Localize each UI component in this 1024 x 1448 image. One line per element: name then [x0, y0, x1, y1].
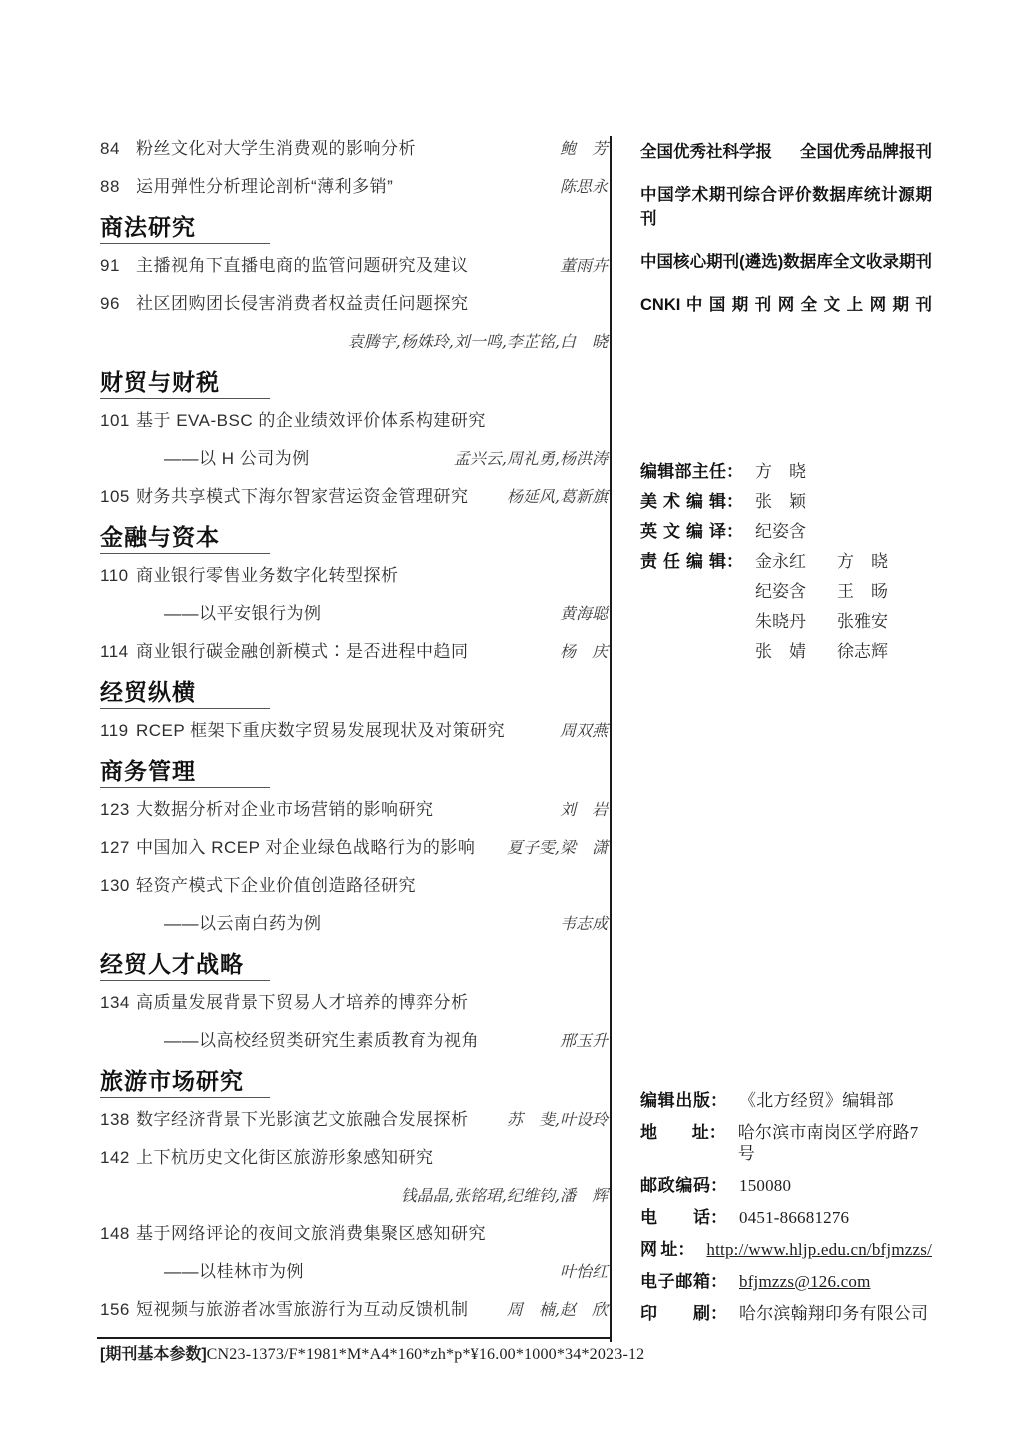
- toc-entry: 119 RCEP 框架下重庆数字贸易发展现状及对策研究 周双燕: [100, 720, 608, 742]
- article-title: 粉丝文化对大学生消费观的影响分析: [136, 138, 552, 160]
- page-number: 119: [100, 720, 136, 742]
- staff-name: 方 晓: [755, 462, 806, 482]
- section-title: 经贸人才战略: [100, 951, 608, 977]
- page-number: 110: [100, 565, 136, 587]
- toc-entry: 148 基于网络评论的夜间文旅消费集聚区感知研究: [100, 1223, 608, 1245]
- editor-name: 王 旸: [837, 582, 909, 602]
- staff-row: 朱晓丹 张雅安: [640, 612, 932, 632]
- section-header: 金融与资本: [100, 524, 608, 554]
- publication-label: 印刷: [640, 1303, 710, 1324]
- page-number: 88: [100, 176, 136, 198]
- editor-name: 金永红: [755, 552, 827, 572]
- publication-label: 网址: [640, 1239, 677, 1260]
- toc-entry: 91 主播视角下直播电商的监管问题研究及建议 董雨卉: [100, 255, 608, 277]
- article-authors: 董雨卉: [560, 255, 608, 277]
- toc-entry: 84 粉丝文化对大学生消费观的影响分析 鲍 芳: [100, 138, 608, 160]
- journal-params-value: CN23-1373/F*1981*M*A4*160*zh*p*¥16.00*10…: [207, 1346, 645, 1363]
- publication-label: 地址: [640, 1122, 709, 1143]
- staff-label: 美术编辑: [640, 492, 726, 512]
- article-subtitle: ——以高校经贸类研究生素质教育为视角: [164, 1030, 552, 1052]
- article-authors: 周双燕: [560, 720, 608, 742]
- email-link[interactable]: bfjmzzs@126.com: [739, 1271, 871, 1292]
- toc-entry: 114 商业银行碳金融创新模式∶是否进程中趋同 杨 庆: [100, 641, 608, 663]
- publication-row: 邮政编码： 150080: [640, 1175, 932, 1196]
- editor-name: 方 晓: [837, 552, 909, 572]
- article-authors: 邢玉升: [560, 1030, 608, 1052]
- section-underline: [100, 398, 270, 399]
- article-title: 财务共享模式下海尔智家营运资金管理研究: [136, 486, 499, 508]
- page-number: 91: [100, 255, 136, 277]
- toc-entry: 134 高质量发展背景下贸易人才培养的博弈分析: [100, 992, 608, 1014]
- publication-label: 电话: [640, 1207, 710, 1228]
- label-colon: ：: [710, 1271, 727, 1292]
- toc-subtitle-entry: ——以 H 公司为例 孟兴云,周礼勇,杨洪涛: [100, 448, 608, 470]
- editor-name: 徐志辉: [837, 642, 909, 662]
- toc-entry: 101 基于 EVA-BSC 的企业绩效评价体系构建研究: [100, 410, 608, 432]
- article-title: 中国加入 RCEP 对企业绿色战略行为的影响: [136, 837, 499, 859]
- section-header: 经贸人才战略: [100, 951, 608, 981]
- staff-name: 张 颖: [755, 492, 806, 512]
- article-authors: 黄海聪: [560, 603, 608, 625]
- article-authors: 孟兴云,周礼勇,杨洪涛: [454, 448, 608, 470]
- section-underline: [100, 980, 270, 981]
- accolade-line: 中国核心期刊(遴选)数据库全文收录期刊: [640, 250, 932, 274]
- staff-row: 纪姿含 王 旸: [640, 582, 932, 602]
- toc-subtitle-entry: ——以平安银行为例 黄海聪: [100, 603, 608, 625]
- publication-row: 编辑出版： 《北方经贸》编辑部: [640, 1090, 932, 1111]
- accolade-text: 全国优秀社科学报: [640, 140, 772, 164]
- page-number: 148: [100, 1223, 136, 1245]
- staff-row: 英文编译： 纪姿含: [640, 522, 932, 542]
- staff-row: 张 婧 徐志辉: [640, 642, 932, 662]
- label-colon: ：: [710, 1303, 727, 1324]
- staff-label: 编辑部主任: [640, 462, 726, 482]
- accolade-line: CNKI 中 国 期 刊 网 全 文 上 网 期 刊: [640, 293, 932, 317]
- staff-row: 美术编辑： 张 颖: [640, 492, 932, 512]
- page-number: 96: [100, 293, 136, 315]
- article-subtitle: ——以 H 公司为例: [164, 448, 446, 470]
- article-subtitle: ——以云南白药为例: [164, 913, 552, 935]
- publication-label: 电子邮箱: [640, 1271, 710, 1292]
- publisher-name: 《北方经贸》编辑部: [739, 1090, 894, 1111]
- label-colon: ：: [726, 522, 743, 542]
- article-title: 上下杭历史文化街区旅游形象感知研究: [136, 1147, 608, 1169]
- toc-subtitle-entry: ——以桂林市为例 叶怡红: [100, 1261, 608, 1283]
- info-column: 全国优秀社科学报 全国优秀品牌报刊 中国学术期刊综合评价数据库统计源期刊 中国核…: [640, 140, 932, 1380]
- editor-name: 张雅安: [837, 612, 909, 632]
- toc-subtitle-entry: ——以高校经贸类研究生素质教育为视角 邢玉升: [100, 1030, 608, 1052]
- article-authors: 刘 岩: [560, 799, 608, 821]
- article-title: RCEP 框架下重庆数字贸易发展现状及对策研究: [136, 720, 552, 742]
- section-header: 旅游市场研究: [100, 1068, 608, 1098]
- section-header: 商务管理: [100, 758, 608, 788]
- publication-label: 邮政编码: [640, 1175, 710, 1196]
- label-colon: ：: [710, 1090, 727, 1111]
- toc-authors-line: 钱晶晶,张铭珺,纪维钧,潘 辉: [100, 1185, 608, 1207]
- section-title: 商法研究: [100, 214, 608, 240]
- page-number: 138: [100, 1109, 136, 1131]
- page-number: 142: [100, 1147, 136, 1169]
- toc-entry: 138 数字经济背景下光影演艺文旅融合发展探析 苏 斐,叶设玲: [100, 1109, 608, 1131]
- label-colon: ：: [726, 462, 743, 482]
- website-link[interactable]: http://www.hljp.edu.cn/bfjmzzs/: [706, 1239, 932, 1260]
- accolade-line: 全国优秀社科学报 全国优秀品牌报刊: [640, 140, 932, 164]
- section-title: 旅游市场研究: [100, 1068, 608, 1094]
- article-authors: 袁腾宇,杨姝玲,刘一鸣,李芷铭,白 晓: [348, 331, 608, 353]
- staff-name: 纪姿含: [755, 522, 806, 542]
- article-authors: 鲍 芳: [560, 138, 608, 160]
- article-subtitle: ——以桂林市为例: [164, 1261, 552, 1283]
- section-header: 经贸纵横: [100, 679, 608, 709]
- publication-row: 地址： 哈尔滨市南岗区学府路7号: [640, 1122, 932, 1164]
- toc-entry: 123 大数据分析对企业市场营销的影响研究 刘 岩: [100, 799, 608, 821]
- journal-toc-page: 84 粉丝文化对大学生消费观的影响分析 鲍 芳 88 运用弹性分析理论剖析“薄利…: [0, 0, 1024, 1448]
- label-colon: ：: [726, 492, 743, 512]
- staff-row: 责任编辑： 金永红 方 晓: [640, 552, 932, 572]
- article-authors: 陈思永: [560, 176, 608, 198]
- section-header: 财贸与财税: [100, 369, 608, 399]
- article-title: 大数据分析对企业市场营销的影响研究: [136, 799, 552, 821]
- publication-row: 印刷： 哈尔滨翰翔印务有限公司: [640, 1303, 932, 1324]
- article-title: 运用弹性分析理论剖析“薄利多销”: [136, 176, 552, 198]
- toc-entry: 96 社区团购团长侵害消费者权益责任问题探究: [100, 293, 608, 315]
- label-colon: ：: [677, 1239, 694, 1260]
- article-authors: 杨 庆: [560, 641, 608, 663]
- editor-name: 张 婧: [755, 642, 827, 662]
- article-authors: 韦志成: [560, 913, 608, 935]
- publication-label: 编辑出版: [640, 1090, 710, 1111]
- section-title: 金融与资本: [100, 524, 608, 550]
- label-colon: ：: [710, 1175, 727, 1196]
- toc-entry: 127 中国加入 RCEP 对企业绿色战略行为的影响 夏子雯,梁 潇: [100, 837, 608, 859]
- journal-params-label: [期刊基本参数]: [100, 1346, 207, 1363]
- toc-bottom-rule: [97, 1337, 611, 1339]
- page-number: 101: [100, 410, 136, 432]
- section-header: 商法研究: [100, 214, 608, 244]
- editor-names-row: 张 婧 徐志辉: [755, 642, 919, 662]
- toc-column: 84 粉丝文化对大学生消费观的影响分析 鲍 芳 88 运用弹性分析理论剖析“薄利…: [100, 138, 608, 1365]
- article-subtitle: ——以平安银行为例: [164, 603, 552, 625]
- label-colon: ：: [710, 1207, 727, 1228]
- page-number: 134: [100, 992, 136, 1014]
- publication-row: 电子邮箱： bfjmzzs@126.com: [640, 1271, 932, 1292]
- article-authors: 苏 斐,叶设玲: [507, 1109, 608, 1131]
- article-title: 主播视角下直播电商的监管问题研究及建议: [136, 255, 552, 277]
- article-title: 基于 EVA-BSC 的企业绩效评价体系构建研究: [136, 410, 608, 432]
- section-underline: [100, 553, 270, 554]
- publication-row: 网址： http://www.hljp.edu.cn/bfjmzzs/: [640, 1239, 932, 1260]
- publication-info-block: 编辑出版： 《北方经贸》编辑部 地址： 哈尔滨市南岗区学府路7号 邮政编码： 1…: [640, 1090, 932, 1335]
- page-number: 105: [100, 486, 136, 508]
- page-number: 156: [100, 1299, 136, 1321]
- toc-entry: 156 短视频与旅游者冰雪旅游行为互动反馈机制 周 楠,赵 欣: [100, 1299, 608, 1321]
- page-number: 130: [100, 875, 136, 897]
- section-underline: [100, 1097, 270, 1098]
- staff-label: 英文编译: [640, 522, 726, 542]
- postal-code-value: 150080: [739, 1175, 791, 1196]
- editor-names-row: 纪姿含 王 旸: [755, 582, 919, 602]
- toc-entry: 130 轻资产模式下企业价值创造路径研究: [100, 875, 608, 897]
- journal-params: [期刊基本参数]CN23-1373/F*1981*M*A4*160*zh*p*¥…: [100, 1345, 608, 1365]
- article-authors: 杨延风,葛新旗: [507, 486, 608, 508]
- accolades-block: 全国优秀社科学报 全国优秀品牌报刊 中国学术期刊综合评价数据库统计源期刊 中国核…: [640, 140, 932, 336]
- page-number: 84: [100, 138, 136, 160]
- staff-label: 责任编辑: [640, 552, 726, 572]
- toc-entry: 110 商业银行零售业务数字化转型探析: [100, 565, 608, 587]
- publication-row: 电话： 0451-86681276: [640, 1207, 932, 1228]
- toc-entry: 105 财务共享模式下海尔智家营运资金管理研究 杨延风,葛新旗: [100, 486, 608, 508]
- label-colon: ：: [709, 1122, 726, 1143]
- toc-subtitle-entry: ——以云南白药为例 韦志成: [100, 913, 608, 935]
- accolade-line: 中国学术期刊综合评价数据库统计源期刊: [640, 183, 932, 231]
- phone-value: 0451-86681276: [739, 1207, 849, 1228]
- section-underline: [100, 708, 270, 709]
- article-title: 商业银行零售业务数字化转型探析: [136, 565, 608, 587]
- section-title: 经贸纵横: [100, 679, 608, 705]
- page-number: 127: [100, 837, 136, 859]
- section-underline: [100, 243, 270, 244]
- section-title: 商务管理: [100, 758, 608, 784]
- editor-names-row: 朱晓丹 张雅安: [755, 612, 919, 632]
- staff-row: 编辑部主任： 方 晓: [640, 462, 932, 482]
- editor-name: 朱晓丹: [755, 612, 827, 632]
- toc-entry: 142 上下杭历史文化街区旅游形象感知研究: [100, 1147, 608, 1169]
- toc-entry: 88 运用弹性分析理论剖析“薄利多销” 陈思永: [100, 176, 608, 198]
- article-title: 高质量发展背景下贸易人才培养的博弈分析: [136, 992, 608, 1014]
- article-title: 短视频与旅游者冰雪旅游行为互动反馈机制: [136, 1299, 499, 1321]
- column-divider: [610, 136, 612, 1342]
- page-number: 123: [100, 799, 136, 821]
- article-authors: 叶怡红: [560, 1261, 608, 1283]
- article-authors: 周 楠,赵 欣: [507, 1299, 608, 1321]
- article-title: 基于网络评论的夜间文旅消费集聚区感知研究: [136, 1223, 608, 1245]
- article-title: 轻资产模式下企业价值创造路径研究: [136, 875, 608, 897]
- label-colon: ：: [726, 552, 743, 572]
- article-title: 商业银行碳金融创新模式∶是否进程中趋同: [136, 641, 552, 663]
- article-authors: 钱晶晶,张铭珺,纪维钧,潘 辉: [401, 1185, 608, 1207]
- address-value: 哈尔滨市南岗区学府路7号: [738, 1122, 932, 1164]
- article-title: 数字经济背景下光影演艺文旅融合发展探析: [136, 1109, 499, 1131]
- page-number: 114: [100, 641, 136, 663]
- toc-authors-line: 袁腾宇,杨姝玲,刘一鸣,李芷铭,白 晓: [100, 331, 608, 353]
- editor-name: 纪姿含: [755, 582, 827, 602]
- section-title: 财贸与财税: [100, 369, 608, 395]
- accolade-text: 全国优秀品牌报刊: [800, 140, 932, 164]
- editor-names-row: 金永红 方 晓: [755, 552, 919, 572]
- article-authors: 夏子雯,梁 潇: [507, 837, 608, 859]
- article-title: 社区团购团长侵害消费者权益责任问题探究: [136, 293, 608, 315]
- printer-name: 哈尔滨翰翔印务有限公司: [739, 1303, 928, 1324]
- section-underline: [100, 787, 270, 788]
- editorial-staff-block: 编辑部主任： 方 晓 美术编辑： 张 颖 英文编译： 纪姿含 责任编辑： 金永红…: [640, 462, 932, 672]
